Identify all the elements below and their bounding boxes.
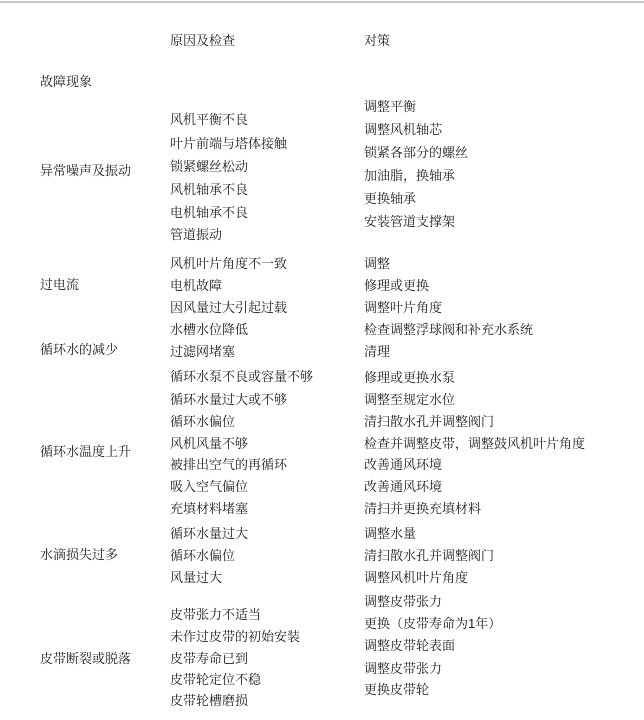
action-item: 锁紧各部分的螺丝 — [364, 146, 468, 160]
cause-item: 因风量过大引起过载 — [170, 301, 287, 315]
action-item: 改善通风环境 — [364, 480, 442, 494]
action-item: 安装管道支撑架 — [364, 215, 455, 229]
action-item: 更换轴承 — [364, 192, 416, 206]
cause-item: 叶片前端与塔体接触 — [170, 137, 287, 151]
cause-item: 吸入空气偏位 — [170, 480, 248, 494]
action-item: 加油脂，换轴承 — [364, 169, 455, 183]
fault-type-label: 异常噪声及振动 — [40, 164, 131, 178]
cause-item: 皮带寿命已到 — [170, 652, 248, 666]
cause-item: 皮带轮槽磨损 — [170, 694, 248, 708]
cause-item: 循环水量过大或不够 — [170, 393, 287, 407]
cause-item: 充填材料堵塞 — [170, 502, 248, 516]
cause-item: 水槽水位降低 — [170, 323, 248, 337]
action-item: 调整平衡 — [364, 100, 416, 114]
action-item: 调整皮带轮表面 — [364, 639, 455, 653]
cause-item: 循环水泵不良或容量不够 — [170, 370, 313, 384]
action-item: 修理或更换 — [364, 279, 429, 293]
action-item: 调整皮带张力 — [364, 595, 442, 609]
action-item: 调整水量 — [364, 527, 416, 541]
action-item: 清扫散水孔并调整阀门 — [364, 415, 494, 429]
action-item: 检查并调整皮带，调整鼓风机叶片角度 — [364, 437, 585, 451]
cause-item: 循环水偏位 — [170, 549, 235, 563]
action-item: 修理或更换水泵 — [364, 371, 455, 385]
cause-item: 风机轴承不良 — [170, 183, 248, 197]
action-item: 调整风机叶片角度 — [364, 571, 468, 585]
fault-type-label: 循环水的减少 — [40, 343, 118, 357]
cause-item: 风机风量不够 — [170, 437, 248, 451]
fault-type-label: 过电流 — [40, 278, 79, 292]
cause-item: 电机故障 — [170, 279, 222, 293]
cause-item: 未作过皮带的初始安装 — [170, 630, 300, 644]
cause-item: 风量过大 — [170, 571, 222, 585]
cause-column-header: 原因及检查 — [170, 34, 235, 48]
cause-item: 电机轴承不良 — [170, 206, 248, 220]
fault-type-label: 水滴损失过多 — [40, 548, 118, 562]
action-item: 改善通风环境 — [364, 458, 442, 472]
action-item: 调整 — [364, 257, 390, 271]
cause-item: 被排出空气的再循环 — [170, 458, 287, 472]
action-column-header: 对策 — [364, 34, 390, 48]
action-item: 清扫并更换充填材料 — [364, 502, 481, 516]
action-item: 调整至规定水位 — [364, 393, 455, 407]
action-item: 调整风机轴芯 — [364, 123, 442, 137]
cause-item: 过滤网堵塞 — [170, 345, 235, 359]
cause-item: 循环水偏位 — [170, 415, 235, 429]
cause-item: 锁紧螺丝松动 — [170, 160, 248, 174]
cause-item: 风机平衡不良 — [170, 113, 248, 127]
fault-type-label: 皮带断裂或脱落 — [40, 652, 131, 666]
action-item: 更换皮带轮 — [364, 683, 429, 697]
action-item: 调整叶片角度 — [364, 301, 442, 315]
cause-item: 皮带轮定位不稳 — [170, 673, 261, 687]
fault-column-header: 故障现象 — [40, 75, 92, 89]
troubleshooting-table-page: 原因及检查 对策 故障现象 异常噪声及振动 风机平衡不良 叶片前端与塔体接触 锁… — [0, 0, 644, 720]
cause-item: 皮带张力不适当 — [170, 608, 261, 622]
action-item: 更换（皮带寿命为1年） — [364, 617, 501, 631]
action-item: 调整皮带张力 — [364, 662, 442, 676]
cause-item: 管道振动 — [170, 228, 222, 242]
fault-type-label: 循环水温度上升 — [40, 445, 131, 459]
action-item: 清扫散水孔并调整阀门 — [364, 549, 494, 563]
action-item: 清理 — [364, 345, 390, 359]
top-divider — [0, 1, 644, 3]
action-item: 检查调整浮球阀和补充水系统 — [364, 323, 533, 337]
cause-item: 风机叶片角度不一致 — [170, 257, 287, 271]
cause-item: 循环水量过大 — [170, 527, 248, 541]
